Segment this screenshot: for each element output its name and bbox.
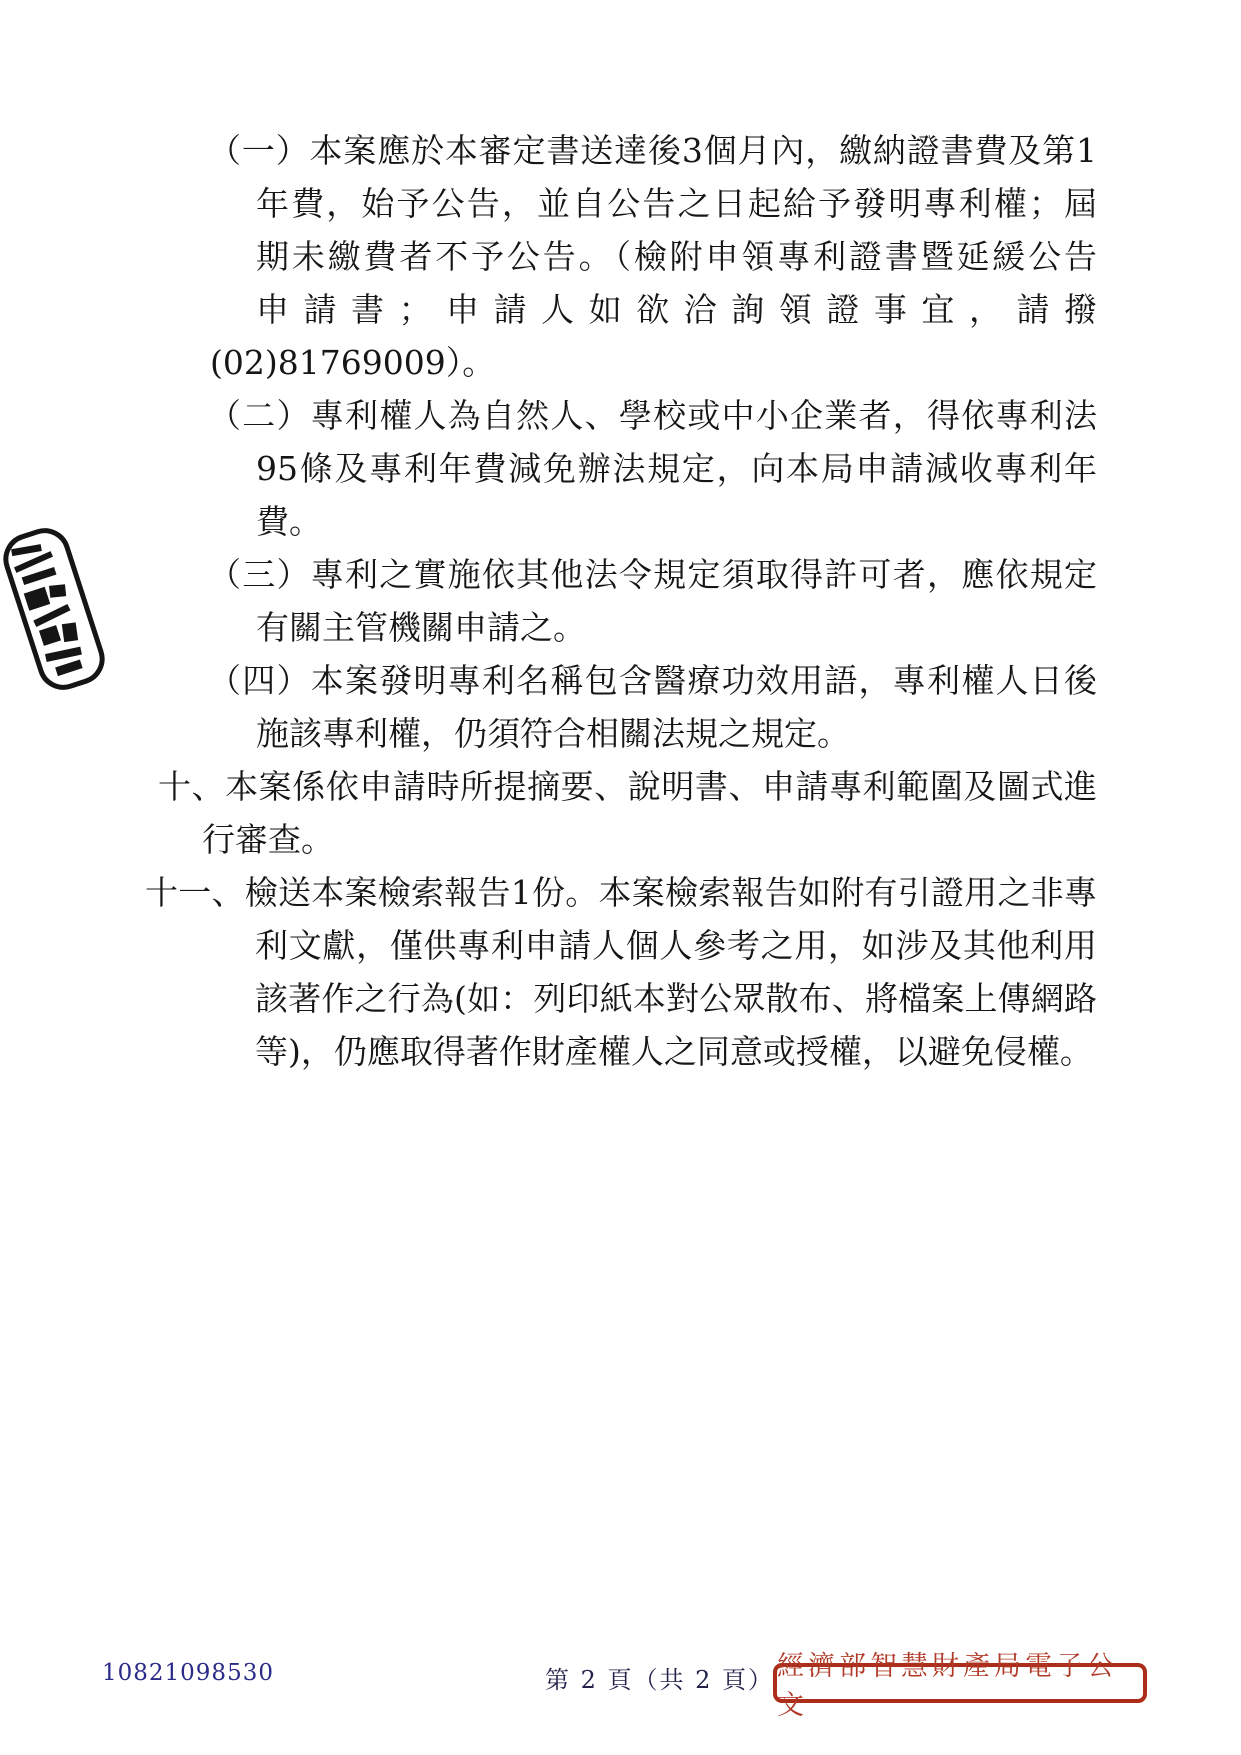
text-line: 申請書；申請人如欲洽詢領證事宜，請撥 bbox=[0, 283, 1241, 336]
egov-office-stamp-label: 經濟部智慧財產局電子公文 bbox=[777, 1644, 1143, 1722]
text-line: 十、本案係依申請時所提摘要、說明書、申請專利範圍及圖式進 bbox=[0, 760, 1241, 813]
text-line: （二）專利權人為自然人、學校或中小企業者，得依專利法第 bbox=[0, 389, 1241, 442]
text-line: 該著作之行為(如：列印紙本對公眾散布、將檔案上傳網路 bbox=[0, 972, 1241, 1025]
body-text: （一）本案應於本審定書送達後3個月內，繳納證書費及第1年 年費，始予公告，並自公… bbox=[0, 124, 1241, 1078]
document-number: 10821098530 bbox=[102, 1660, 274, 1686]
text-line: 施該專利權，仍須符合相關法規之規定。 bbox=[0, 707, 1241, 760]
page-indicator: 第 2 頁（共 2 頁） bbox=[545, 1660, 774, 1695]
text-line: 利文獻，僅供專利申請人個人參考之用，如涉及其他利用 bbox=[0, 919, 1241, 972]
text-line: 95條及專利年費減免辦法規定，向本局申請減收專利年 bbox=[0, 442, 1241, 495]
text-line: 等)，仍應取得著作財產權人之同意或授權，以避免侵權。 bbox=[0, 1025, 1241, 1078]
text-line: 行審查。 bbox=[0, 813, 1241, 866]
text-line: 費。 bbox=[0, 495, 1241, 548]
document-page: （一）本案應於本審定書送達後3個月內，繳納證書費及第1年 年費，始予公告，並自公… bbox=[0, 0, 1241, 1755]
text-line: 期未繳費者不予公告。（檢附申領專利證書暨延緩公告 bbox=[0, 230, 1241, 283]
text-line: （一）本案應於本審定書送達後3個月內，繳納證書費及第1年 bbox=[0, 124, 1241, 177]
text-line: 年費，始予公告，並自公告之日起給予發明專利權；屆 bbox=[0, 177, 1241, 230]
text-line: （三）專利之實施依其他法令規定須取得許可者，應依規定向 bbox=[0, 548, 1241, 601]
text-line: （四）本案發明專利名稱包含醫療功效用語，專利權人日後實 bbox=[0, 654, 1241, 707]
text-line: 十一、檢送本案檢索報告1份。本案檢索報告如附有引證用之非專 bbox=[0, 866, 1241, 919]
text-line: 有關主管機關申請之。 bbox=[0, 601, 1241, 654]
egov-office-stamp: 經濟部智慧財產局電子公文 bbox=[773, 1663, 1147, 1703]
text-line: (02)81769009）。 bbox=[0, 336, 1241, 389]
